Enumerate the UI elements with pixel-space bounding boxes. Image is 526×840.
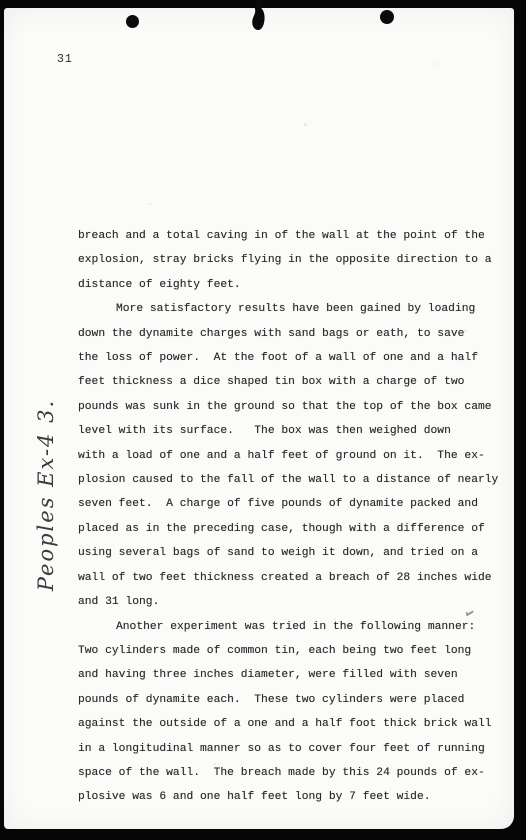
text-line: breach and a total caving in of the wall… <box>78 224 498 248</box>
text-line: in a longitudinal manner so as to cover … <box>78 737 498 761</box>
text-line: Two cylinders made of common tin, each b… <box>78 639 498 663</box>
paragraph: Another experiment was tried in the foll… <box>78 615 498 810</box>
ink-blot-icon <box>248 0 272 35</box>
scan-background: 31 Peoples Ex-4 3. breach and a total ca… <box>0 0 526 840</box>
text-line: level with its surface. The box was then… <box>78 419 498 443</box>
text-line: down the dynamite charges with sand bags… <box>78 322 498 346</box>
text-line: pounds was sunk in the ground so that th… <box>78 395 498 419</box>
text-line: feet thickness a dice shaped tin box wit… <box>78 370 498 394</box>
scan-speck <box>334 618 336 620</box>
text-line: Another experiment was tried in the foll… <box>78 615 498 639</box>
paper-page: 31 Peoples Ex-4 3. breach and a total ca… <box>4 8 514 829</box>
page-number: 31 <box>57 53 73 66</box>
scan-speck <box>149 203 151 205</box>
text-line: and having three inches diameter, were f… <box>78 663 498 687</box>
paragraph: breach and a total caving in of the wall… <box>78 224 498 297</box>
text-line: plosion caused to the fall of the wall t… <box>78 468 498 492</box>
text-line: wall of two feet thickness created a bre… <box>78 566 498 590</box>
scan-speck <box>464 330 467 332</box>
handwritten-margin-note: Peoples Ex-4 3. <box>34 394 62 596</box>
scan-speck <box>92 406 94 409</box>
text-line: explosion, stray bricks flying in the op… <box>78 248 498 272</box>
text-line: against the outside of a one and a half … <box>78 712 498 736</box>
text-line: distance of eighty feet. <box>78 273 498 297</box>
scan-speck <box>434 63 436 65</box>
text-line: plosive was 6 and one half feet long by … <box>78 785 498 809</box>
text-line: placed as in the preceding case, though … <box>78 517 498 541</box>
text-line: the loss of power. At the foot of a wall… <box>78 346 498 370</box>
paragraph: More satisfactory results have been gain… <box>78 297 498 614</box>
text-line: More satisfactory results have been gain… <box>78 297 498 321</box>
punch-hole-dot-icon <box>126 15 139 28</box>
text-line: using several bags of sand to weigh it d… <box>78 541 498 565</box>
text-line: pounds of dynamite each. These two cylin… <box>78 688 498 712</box>
scan-speck <box>304 123 307 126</box>
text-line: and 31 long. <box>78 590 498 614</box>
document-text: breach and a total caving in of the wall… <box>78 224 498 810</box>
text-line: space of the wall. The breach made by th… <box>78 761 498 785</box>
scan-speck <box>214 763 216 765</box>
punch-hole-dot-icon <box>380 10 394 24</box>
text-line: seven feet. A charge of five pounds of d… <box>78 492 498 516</box>
text-line: with a load of one and a half feet of gr… <box>78 444 498 468</box>
